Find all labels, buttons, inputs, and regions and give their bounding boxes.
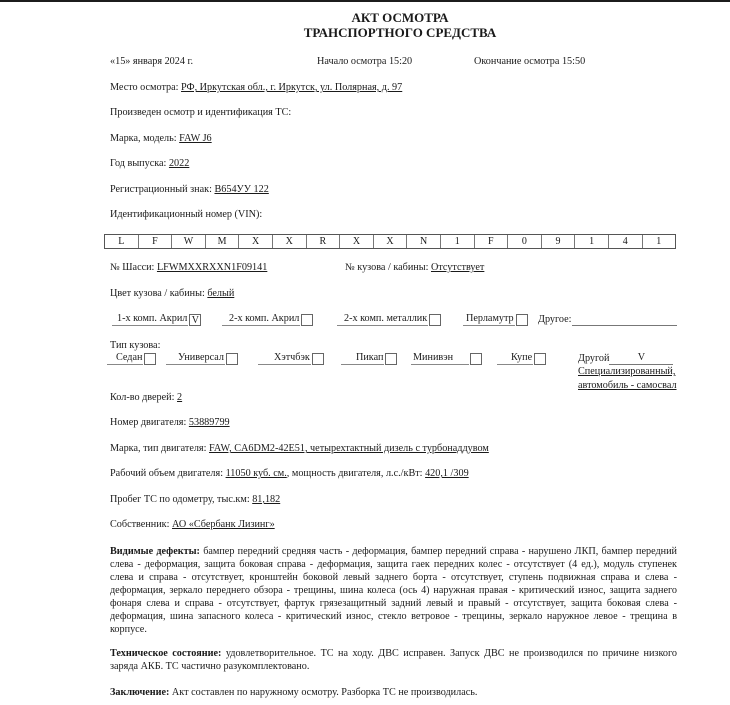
color-label: Цвет кузова / кабины: xyxy=(110,288,207,299)
paint-option-2: 2-х комп. Акрил xyxy=(222,313,313,326)
paint-option-checkbox[interactable] xyxy=(516,314,528,326)
body-type-checkbox[interactable] xyxy=(226,353,238,365)
reg-plate-label: Регистрационный знак: xyxy=(110,184,214,195)
paint-option-4: Перламутр xyxy=(463,313,528,326)
body-type-label-text: Купе xyxy=(497,352,533,365)
defects-text: бампер передний средняя часть - деформац… xyxy=(110,546,677,635)
vin-cell: N xyxy=(407,235,441,248)
paint-option-3: 2-х комп. металлик xyxy=(337,313,441,326)
engine-number-label: Номер двигателя: xyxy=(110,417,189,428)
displacement-label: Рабочий объем двигателя: xyxy=(110,468,226,479)
vin-cell: X xyxy=(374,235,408,248)
document-title-line2: ТРАНСПОРТНОГО СРЕДСТВА xyxy=(0,25,730,40)
vin-cell: R xyxy=(307,235,341,248)
inspection-start-time: Начало осмотра 15:20 xyxy=(317,56,412,67)
paint-other-field[interactable] xyxy=(572,313,677,326)
body-number-row: № кузова / кабины: Отсутствует xyxy=(345,262,484,273)
body-type-label-text: Минивэн xyxy=(411,352,469,365)
body-type-label-text: Универсал xyxy=(166,352,225,365)
body-type-sedan: Седан xyxy=(107,352,156,365)
vin-cell: L xyxy=(105,235,139,248)
vin-cell: F xyxy=(475,235,509,248)
doors-value: 2 xyxy=(177,392,182,403)
vin-label: Идентификационный номер (VIN): xyxy=(110,209,262,220)
paint-option-label: 2-х комп. Акрил xyxy=(222,313,300,326)
body-type-other-desc-line2: автомобиль - самосвал xyxy=(578,380,677,391)
paint-other-label: Другое: xyxy=(538,314,572,326)
year-row: Год выпуска: 2022 xyxy=(110,158,189,169)
chassis-label: № Шасси: xyxy=(110,262,157,273)
body-type-pickup: Пикап xyxy=(341,352,397,365)
body-type-other-label: Другой xyxy=(578,353,609,365)
color-value: белый xyxy=(207,288,234,299)
body-type-label-text: Хэтчбэк xyxy=(258,352,311,365)
engine-number-row: Номер двигателя: 53889799 xyxy=(110,417,230,428)
mileage-row: Пробег ТС по одометру, тыс.км: 81,182 xyxy=(110,494,280,505)
body-type-label-text: Седан xyxy=(107,352,143,365)
vin-cell: X xyxy=(340,235,374,248)
power-value: 420,1 /309 xyxy=(425,468,469,479)
paint-other: Другое: xyxy=(538,313,677,326)
paint-option-label: Перламутр xyxy=(463,313,515,326)
place-label: Место осмотра: xyxy=(110,82,181,93)
mileage-value: 81,182 xyxy=(252,494,280,505)
conclusion: Заключение: Акт составлен по наружному о… xyxy=(110,686,677,699)
displacement-power-row: Рабочий объем двигателя: 11050 куб. см.,… xyxy=(110,468,469,479)
vin-cell: X xyxy=(273,235,307,248)
paint-option-label: 1-х комп. Акрил xyxy=(112,313,188,326)
engine-type-label: Марка, тип двигателя: xyxy=(110,443,209,454)
paint-option-1: 1-х комп. АкрилV xyxy=(112,313,201,326)
body-type-coupe: Купе xyxy=(497,352,546,365)
body-type-checkbox[interactable] xyxy=(470,353,482,365)
color-row: Цвет кузова / кабины: белый xyxy=(110,288,234,299)
body-type-other: ДругойV xyxy=(578,352,673,365)
engine-type-value: FAW, CA6DM2-42E51, четырехтактный дизель… xyxy=(209,443,489,454)
reg-plate-row: Регистрационный знак: В654УУ 122 xyxy=(110,184,269,195)
paint-option-checkbox[interactable] xyxy=(429,314,441,326)
body-type-other-desc-line1: Специализированный, xyxy=(578,366,675,377)
body-type-checkbox[interactable] xyxy=(534,353,546,365)
inspection-place: Место осмотра: РФ, Иркутская обл., г. Ир… xyxy=(110,82,402,93)
visible-defects: Видимые дефекты: бампер передний средняя… xyxy=(110,545,677,636)
year-value: 2022 xyxy=(169,158,189,169)
vin-cell: 0 xyxy=(508,235,542,248)
vin-cell: 4 xyxy=(609,235,643,248)
place-value: РФ, Иркутская обл., г. Иркутск, ул. Поля… xyxy=(181,82,402,93)
technical-condition: Техническое состояние: удовлетворительно… xyxy=(110,647,677,673)
paint-option-checkbox[interactable] xyxy=(301,314,313,326)
engine-number-value: 53889799 xyxy=(189,417,230,428)
mileage-label: Пробег ТС по одометру, тыс.км: xyxy=(110,494,252,505)
inspection-intro: Произведен осмотр и идентификация ТС: xyxy=(110,107,291,118)
vin-cell: 1 xyxy=(575,235,609,248)
body-type-minivan: Минивэн xyxy=(411,352,482,365)
act-date: «15» января 2024 г. xyxy=(110,56,193,67)
make-model-label: Марка, модель: xyxy=(110,133,179,144)
vin-cell: 1 xyxy=(643,235,676,248)
make-model-row: Марка, модель: FAW J6 xyxy=(110,133,212,144)
power-label: , мощность двигателя, л.с./кВт: xyxy=(287,468,425,479)
year-label: Год выпуска: xyxy=(110,158,169,169)
owner-label: Собственник: xyxy=(110,519,172,530)
vin-cell: X xyxy=(239,235,273,248)
chassis-row: № Шасси: LFWMXXRXXN1F09141 xyxy=(110,262,267,273)
body-type-checkbox[interactable] xyxy=(312,353,324,365)
vin-cell: 9 xyxy=(542,235,576,248)
vin-grid: LFWMXXRXXN1F09141 xyxy=(104,234,676,249)
paint-option-label: 2-х комп. металлик xyxy=(337,313,428,326)
chassis-value: LFWMXXRXXN1F09141 xyxy=(157,262,267,273)
conclusion-label: Заключение: xyxy=(110,687,169,698)
vin-cell: 1 xyxy=(441,235,475,248)
engine-type-row: Марка, тип двигателя: FAW, CA6DM2-42E51,… xyxy=(110,443,489,454)
reg-plate-value: В654УУ 122 xyxy=(214,184,268,195)
make-model-value: FAW J6 xyxy=(179,133,212,144)
body-type-checkbox[interactable] xyxy=(144,353,156,365)
displacement-value: 11050 куб. см. xyxy=(226,468,287,479)
body-type-label: Тип кузова: xyxy=(110,340,160,351)
paint-option-checkbox[interactable]: V xyxy=(189,314,201,326)
body-type-other-mark[interactable]: V xyxy=(609,352,673,365)
vin-cell: M xyxy=(206,235,240,248)
owner-value: АО «Сбербанк Лизинг» xyxy=(172,519,275,530)
inspection-end-time: Окончание осмотра 15:50 xyxy=(474,56,585,67)
inspection-act-document: АКТ ОСМОТРА ТРАНСПОРТНОГО СРЕДСТВА «15» … xyxy=(0,0,730,705)
conclusion-text: Акт составлен по наружному осмотру. Разб… xyxy=(169,687,477,698)
owner-row: Собственник: АО «Сбербанк Лизинг» xyxy=(110,519,275,530)
tech-label: Техническое состояние: xyxy=(110,648,221,659)
vin-cell: W xyxy=(172,235,206,248)
body-number-value: Отсутствует xyxy=(431,262,484,273)
defects-label: Видимые дефекты: xyxy=(110,546,200,557)
body-number-label: № кузова / кабины: xyxy=(345,262,431,273)
doors-row: Кол-во дверей: 2 xyxy=(110,392,182,403)
vin-cell: F xyxy=(139,235,173,248)
body-type-label-text: Пикап xyxy=(341,352,384,365)
body-type-hatchback: Хэтчбэк xyxy=(258,352,324,365)
doors-label: Кол-во дверей: xyxy=(110,392,177,403)
body-type-wagon: Универсал xyxy=(166,352,238,365)
body-type-checkbox[interactable] xyxy=(385,353,397,365)
document-title-line1: АКТ ОСМОТРА xyxy=(0,10,730,25)
